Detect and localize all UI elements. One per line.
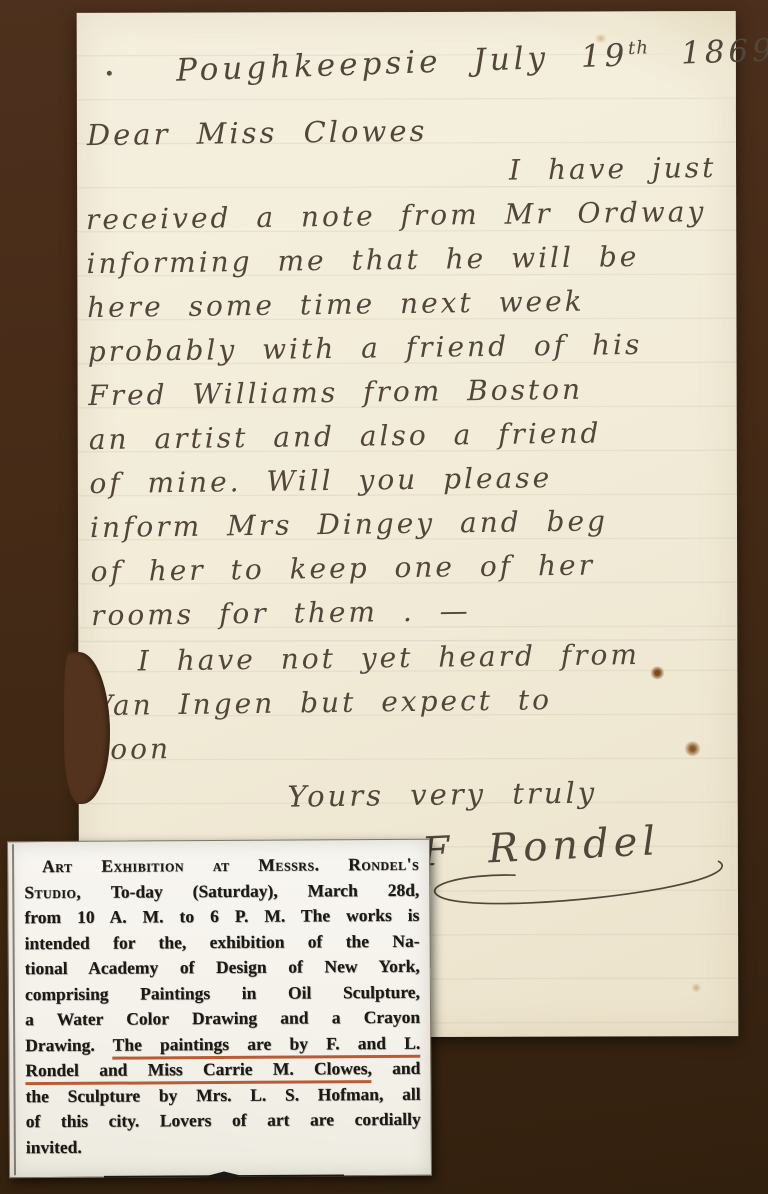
clipping-text-segment: from 10 A. M. to 6 P. M. The works is — [24, 905, 419, 927]
clipping-text-segment: To-day (Saturday), March 28d, — [81, 879, 419, 901]
clipping-text-segment: tional Academy of Design of New York, — [25, 956, 420, 978]
letter-body-2: I have not yet heard fromVan Ingen but e… — [91, 632, 740, 772]
clipping-line: from 10 A. M. to 6 P. M. The works is — [24, 903, 419, 931]
clipping-line: Drawing. The paintings are by F. and L. — [25, 1030, 420, 1058]
clipping-text-segment: Drawing. — [25, 1034, 113, 1055]
letter-line: rooms for them . — — [91, 586, 739, 638]
letter-closing: Yours very truly — [287, 768, 741, 820]
newspaper-clipping: Art Exhibition at Messrs. Rondel'sStudio… — [7, 839, 432, 1179]
clipping-text-segment: of this city. Lovers of art are cordiall… — [26, 1109, 421, 1131]
clipping-underlined-text: Rondel and Miss Carrie M. Clowes, — [25, 1058, 372, 1085]
clipping-text: Art Exhibition at Messrs. Rondel'sStudio… — [24, 852, 421, 1160]
letter-salutation: Dear Miss Clowes — [87, 110, 732, 152]
clipping-text-segment: comprising Paintings in Oil Sculpture, — [25, 981, 420, 1003]
dateline-year: 1869 — [680, 32, 768, 71]
letter-line: probably with a friend of his — [87, 322, 735, 374]
clipping-line: intended for the, exhibition of the Na- — [25, 928, 420, 956]
clipping-text-segment: intended for the, exhibition of the Na- — [25, 930, 420, 952]
letter-body-1: I have justreceived a note from Mr Ordwa… — [85, 146, 738, 638]
dateline-city-date: Poughkeepsie July 19 — [175, 37, 628, 88]
clipping-line: Art Exhibition at Messrs. Rondel's — [24, 852, 419, 880]
letter-line: informing me that he will be — [86, 234, 734, 286]
clipping-text-segment: a Water Color Drawing and a Crayon — [25, 1007, 420, 1029]
clipping-line: of this city. Lovers of art are cordiall… — [26, 1107, 421, 1135]
clipping-divider-ornament — [26, 1166, 421, 1187]
clipping-line: the Sculpture by Mrs. L. S. Hofman, all — [25, 1081, 420, 1109]
clipping-text-segment: Studio, — [24, 881, 81, 901]
clipping-line: invited. — [26, 1132, 421, 1160]
clipping-line: comprising Paintings in Oil Sculpture, — [25, 979, 420, 1007]
clipping-line: a Water Color Drawing and a Crayon — [25, 1005, 420, 1033]
letter-dateline: Poughkeepsie July 19th 1869 — [175, 34, 731, 89]
clipping-line: Studio, To-day (Saturday), March 28d, — [24, 877, 419, 905]
clipping-line: Rondel and Miss Carrie M. Clowes, and — [25, 1056, 420, 1084]
clipping-text-segment: Art Exhibition at Messrs. Rondel's — [42, 854, 419, 876]
letter-signature-block: F Rondel — [421, 814, 755, 912]
clipping-line: tional Academy of Design of New York, — [25, 954, 420, 982]
scan-background: Poughkeepsie July 19th 1869 Dear Miss Cl… — [0, 0, 768, 1194]
clipping-text-segment: the Sculpture by Mrs. L. S. Hofman, all — [25, 1083, 420, 1105]
clipping-text-segment: invited. — [26, 1136, 82, 1156]
dateline-ordinal: th — [628, 37, 650, 59]
letter-line: soon — [93, 720, 741, 772]
clipping-text-segment: and — [372, 1058, 421, 1078]
